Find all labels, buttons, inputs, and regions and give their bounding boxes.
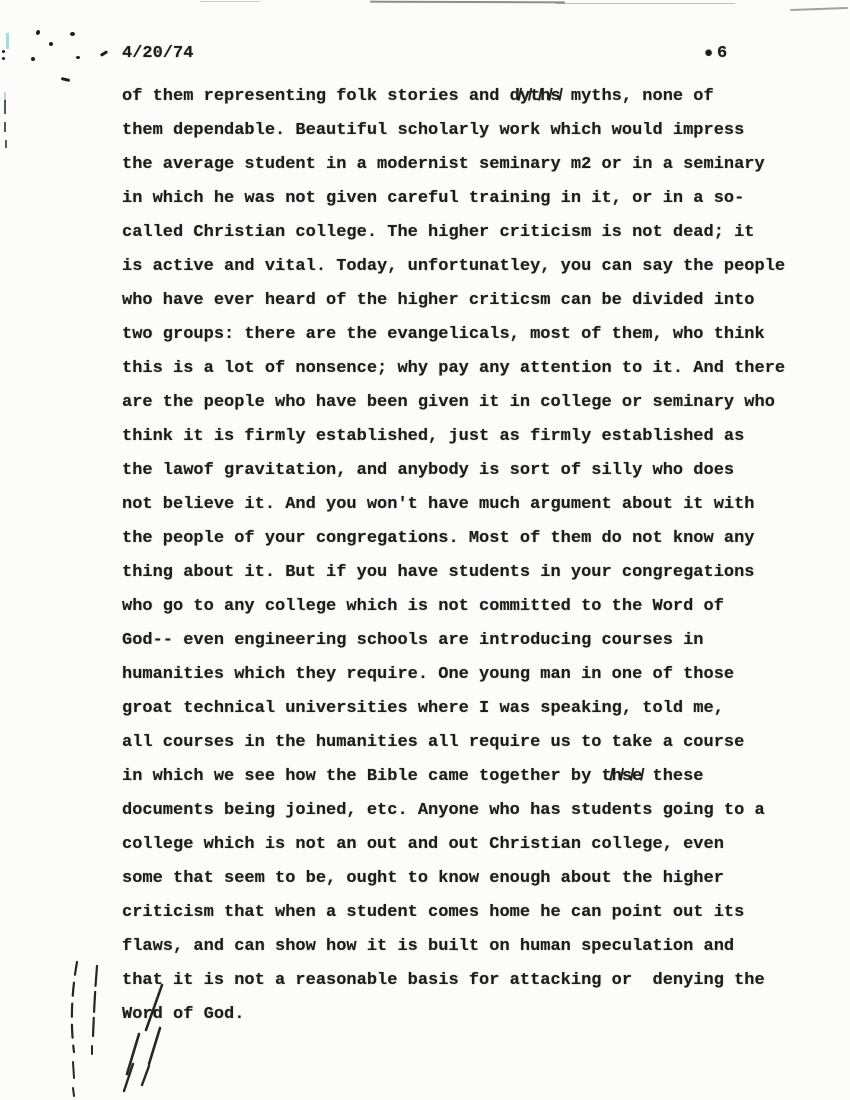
scan-edge-tint (6, 33, 9, 49)
text-line: college which is not an out and out Chri… (122, 828, 822, 862)
ink-speckle (2, 50, 5, 53)
text-line: who go to any college which is not commi… (122, 590, 822, 624)
page-number: 6 (717, 44, 727, 63)
text-line: the lawof gravitation, and anybody is so… (122, 454, 822, 488)
ink-speckle (61, 77, 70, 82)
pen-bracket-inner (93, 966, 97, 1036)
text-line: that it is not a reasonable basis for at… (122, 964, 822, 998)
scan-streak (790, 7, 848, 11)
scan-streak (555, 3, 735, 4)
text-line: humanities which they require. One young… (122, 658, 822, 692)
text-line: in which we see how the Bible came toget… (122, 760, 822, 794)
text-line: criticism that when a student comes home… (122, 896, 822, 930)
pen-slash (142, 1066, 149, 1085)
text-line: not believe it. And you won't have much … (122, 488, 822, 522)
text-line: called Christian college. The higher cri… (122, 216, 822, 250)
text-line: thing about it. But if you have students… (122, 556, 822, 590)
typewritten-body: of them representing folk stories and d̸… (122, 80, 822, 1032)
pen-slash (124, 1064, 133, 1091)
scan-streak (370, 1, 565, 4)
text-line: groat technical universities where I was… (122, 692, 822, 726)
text-line: flaws, and can show how it is built on h… (122, 930, 822, 964)
text-line: Word of God. (122, 998, 822, 1032)
text-line: is active and vital. Today, unfortunatle… (122, 250, 822, 284)
ink-speckle (76, 56, 80, 59)
text-line: the average student in a modernist semin… (122, 148, 822, 182)
text-line: in which he was not given careful traini… (122, 182, 822, 216)
page-number-block: ●6 (704, 44, 727, 63)
pen-slash (127, 1034, 139, 1074)
ink-speckle (49, 42, 53, 46)
text-line: the people of your congregations. Most o… (122, 522, 822, 556)
overstrike-blob: ● (704, 45, 717, 62)
scan-edge-mark (4, 122, 6, 132)
ink-speckle (2, 57, 5, 60)
text-line: are the people who have been given it in… (122, 386, 822, 420)
ink-speckle (100, 50, 108, 57)
pen-bracket-left (72, 962, 77, 1052)
text-line: of them representing folk stories and d̸… (122, 80, 822, 114)
text-line: who have ever heard of the higher critic… (122, 284, 822, 318)
scan-streak (200, 1, 260, 2)
text-line: all courses in the humanities all requir… (122, 726, 822, 760)
scanned-page: 4/20/74 ●6 of them representing folk sto… (0, 0, 850, 1100)
text-line: two groups: there are the evangelicals, … (122, 318, 822, 352)
text-line: this is a lot of nonsence; why pay any a… (122, 352, 822, 386)
pen-bracket-left (73, 1062, 74, 1096)
ink-speckle (70, 32, 75, 36)
text-line: documents being joined, etc. Anyone who … (122, 794, 822, 828)
text-line: God-- even engineering schools are intro… (122, 624, 822, 658)
pen-slash (149, 1028, 160, 1064)
text-line: think it is firmly established, just as … (122, 420, 822, 454)
ink-speckle (35, 29, 40, 35)
scan-edge-mark (4, 100, 6, 114)
text-line: them dependable. Beautiful scholarly wor… (122, 114, 822, 148)
scan-edge-mark (5, 140, 7, 148)
text-line: some that seem to be, ought to know enou… (122, 862, 822, 896)
ink-speckle (31, 57, 35, 61)
document-date: 4/20/74 (122, 44, 193, 63)
